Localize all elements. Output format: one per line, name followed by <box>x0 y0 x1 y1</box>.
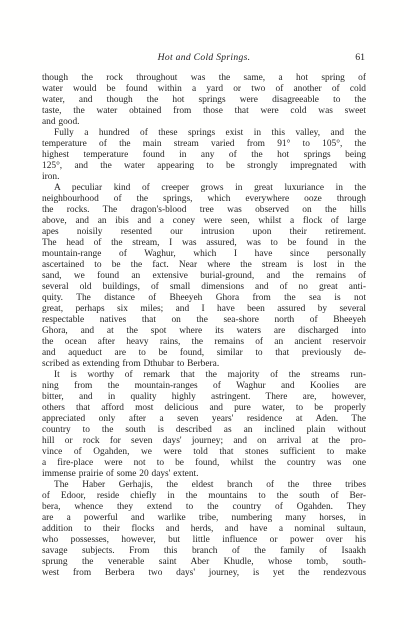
text-line: the ocean after heavy rains, the remains… <box>42 337 366 348</box>
text-line: and aqueduct are to be found, similar to… <box>42 348 366 359</box>
text-line: ning from the mountain-ranges of Waghur … <box>42 381 366 392</box>
text-line: country to the south is described as an … <box>42 425 366 436</box>
text-line: neighbourhood of the springs, which ever… <box>42 194 366 205</box>
text-line: and good. <box>42 117 366 128</box>
text-line: appreciated only after a seven years' re… <box>42 414 366 425</box>
text-line: immense prairie of some 20 days' extent. <box>42 469 366 480</box>
text-line: temperature of the main stream varied fr… <box>42 139 366 150</box>
text-line: who possesses, however, but little influ… <box>42 535 366 546</box>
text-line: mountain-range of Waghur, which I have s… <box>42 249 366 260</box>
text-line: scribed as extending from Dthubar to Ber… <box>42 359 366 370</box>
paragraph: The Haber Gerhajis, the eldest branch of… <box>42 480 366 579</box>
paragraph: Fully a hundred of these springs exist i… <box>42 128 366 183</box>
header-title: Hot and Cold Springs. <box>42 52 366 63</box>
text-line: It is worthy of remark that the majority… <box>42 370 366 381</box>
text-line: The head of the stream, I was assured, w… <box>42 238 366 249</box>
text-line: west from Berbera two days' journey, is … <box>42 568 366 579</box>
text-line: hill or rock for seven days' journey; an… <box>42 436 366 447</box>
text-line: of Edoor, reside chiefly in the mountain… <box>42 491 366 502</box>
running-header: Hot and Cold Springs. 61 <box>42 52 366 65</box>
text-line: vince of Ogahden, we were told that ston… <box>42 447 366 458</box>
paragraph: A peculiar kind of creeper grows in grea… <box>42 183 366 370</box>
text-line: apes noisily resented our intrusion upon… <box>42 227 366 238</box>
text-line: ascertained to be the fact. Near where t… <box>42 260 366 271</box>
text-line: savage subjects. From this branch of the… <box>42 546 366 557</box>
text-line: taste, the water obtained from those tha… <box>42 106 366 117</box>
text-line: water, and though the hot springs were d… <box>42 95 366 106</box>
text-line: water would be found within a yard or tw… <box>42 84 366 95</box>
scanned-book-page: Hot and Cold Springs. 61 though the rock… <box>0 0 404 629</box>
text-line: Fully a hundred of these springs exist i… <box>42 128 366 139</box>
text-line: respectable natives that on the sea-shor… <box>42 315 366 326</box>
text-line: sprung the venerable saint Aber Khudle, … <box>42 557 366 568</box>
page-number: 61 <box>355 52 365 63</box>
text-line: A peculiar kind of creeper grows in grea… <box>42 183 366 194</box>
text-line: The Haber Gerhajis, the eldest branch of… <box>42 480 366 491</box>
text-line: quity. The distance of Bheeyeh Ghora fro… <box>42 293 366 304</box>
text-line: are a powerful and warlike tribe, number… <box>42 513 366 524</box>
text-line: the rocks. The dragon's-blood tree was o… <box>42 205 366 216</box>
text-line: 125°, and the water appearing to be stro… <box>42 161 366 172</box>
text-line: others that afford most delicious and pu… <box>42 403 366 414</box>
text-line: bitter, and in quality highly astringent… <box>42 392 366 403</box>
text-line: bera, whence they extend to the country … <box>42 502 366 513</box>
text-line: though the rock throughout was the same,… <box>42 73 366 84</box>
text-block: though the rock throughout was the same,… <box>42 73 366 579</box>
text-line: above, and an ibis and a coney were seen… <box>42 216 366 227</box>
text-line: addition to their flocks and herds, and … <box>42 524 366 535</box>
paragraph: It is worthy of remark that the majority… <box>42 370 366 480</box>
text-line: several old buildings, of small dimensio… <box>42 282 366 293</box>
text-line: iron. <box>42 172 366 183</box>
text-line: highest temperature found in any of the … <box>42 150 366 161</box>
text-line: Ghora, and at the spot where its waters … <box>42 326 366 337</box>
paragraph: though the rock throughout was the same,… <box>42 73 366 128</box>
text-line: sand, we found an extensive burial-groun… <box>42 271 366 282</box>
text-line: a fire-place were not to be found, whils… <box>42 458 366 469</box>
text-line: great, perhaps six miles; and I have bee… <box>42 304 366 315</box>
